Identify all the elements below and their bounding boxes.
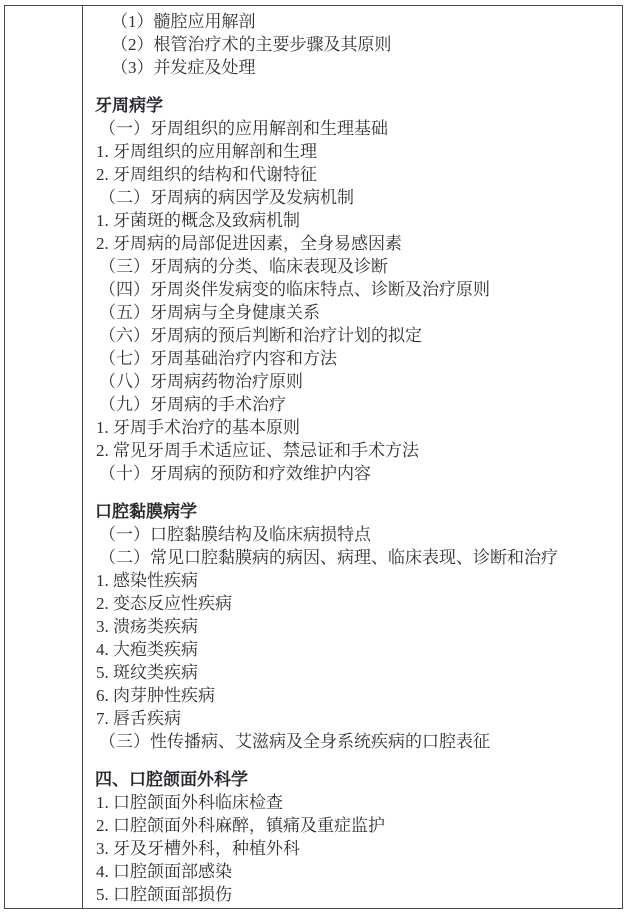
syllabus-item: 1. 牙周手术治疗的基本原则 [83,416,616,439]
syllabus-item: （八）牙周病药物治疗原则 [83,370,616,393]
section-heading-oral-maxillofacial-surgery: 四、口腔颌面外科学 [83,768,616,791]
syllabus-item: 2. 口腔颌面外科麻醉，镇痛及重症监护 [83,814,616,837]
syllabus-item: （七）牙周基础治疗内容和方法 [83,347,616,370]
syllabus-item: （一）口腔黏膜结构及临床病损特点 [83,523,616,546]
syllabus-item: （六）牙周病的预后判断和治疗计划的拟定 [83,324,616,347]
syllabus-item: （四）牙周炎伴发病变的临床特点、诊断及治疗原则 [83,278,616,301]
syllabus-item: （三）牙周病的分类、临床表现及诊断 [83,255,616,278]
syllabus-item: 4. 口腔颌面部感染 [83,860,616,883]
syllabus-item: （五）牙周病与全身健康关系 [83,301,616,324]
syllabus-item: 1. 牙周组织的应用解剖和生理 [83,140,616,163]
table-left-column [5,6,83,908]
section-periodontology: 牙周病学 （一）牙周组织的应用解剖和生理基础 1. 牙周组织的应用解剖和生理 2… [83,94,616,485]
syllabus-item: （十）牙周病的预防和疗效维护内容 [83,462,616,485]
section-heading-oral-mucosa: 口腔黏膜病学 [83,500,616,523]
syllabus-item: （二）常见口腔黏膜病的病因、病理、临床表现、诊断和治疗 [83,546,616,569]
document-page: （1）髓腔应用解剖 （2）根管治疗术的主要步骤及其原则 （3）并发症及处理 牙周… [0,0,629,922]
syllabus-item: （一）牙周组织的应用解剖和生理基础 [83,117,616,140]
syllabus-item: 1. 感染性疾病 [83,569,616,592]
syllabus-item: （3）并发症及处理 [83,56,616,79]
section-oral-maxillofacial-surgery: 四、口腔颌面外科学 1. 口腔颌面外科临床检查 2. 口腔颌面外科麻醉，镇痛及重… [83,768,616,906]
syllabus-item: 1. 口腔颌面外科临床检查 [83,791,616,814]
syllabus-item: 2. 变态反应性疾病 [83,592,616,615]
section-continued: （1）髓腔应用解剖 （2）根管治疗术的主要步骤及其原则 （3）并发症及处理 [83,10,616,79]
syllabus-item: 3. 溃疡类疾病 [83,615,616,638]
syllabus-table: （1）髓腔应用解剖 （2）根管治疗术的主要步骤及其原则 （3）并发症及处理 牙周… [4,5,623,909]
syllabus-item: 2. 常见牙周手术适应证、禁忌证和手术方法 [83,439,616,462]
section-heading-periodontology: 牙周病学 [83,94,616,117]
syllabus-item: 2. 牙周病的局部促进因素，全身易感因素 [83,232,616,255]
syllabus-item: （二）牙周病的病因学及发病机制 [83,186,616,209]
syllabus-item: 2. 牙周组织的结构和代谢特征 [83,163,616,186]
syllabus-item: 3. 牙及牙槽外科，种植外科 [83,837,616,860]
syllabus-item: 1. 牙菌斑的概念及致病机制 [83,209,616,232]
syllabus-item: （九）牙周病的手术治疗 [83,393,616,416]
section-oral-mucosa: 口腔黏膜病学 （一）口腔黏膜结构及临床病损特点 （二）常见口腔黏膜病的病因、病理… [83,500,616,753]
syllabus-item: （三）性传播病、艾滋病及全身系统疾病的口腔表征 [83,730,616,753]
syllabus-item: 5. 斑纹类疾病 [83,661,616,684]
syllabus-item: 6. 肉芽肿性疾病 [83,684,616,707]
syllabus-item: （2）根管治疗术的主要步骤及其原则 [83,33,616,56]
table-content-column: （1）髓腔应用解剖 （2）根管治疗术的主要步骤及其原则 （3）并发症及处理 牙周… [83,6,622,908]
syllabus-item: （1）髓腔应用解剖 [83,10,616,33]
syllabus-item: 4. 大疱类疾病 [83,638,616,661]
syllabus-item: 5. 口腔颌面部损伤 [83,883,616,906]
syllabus-item: 7. 唇舌疾病 [83,707,616,730]
